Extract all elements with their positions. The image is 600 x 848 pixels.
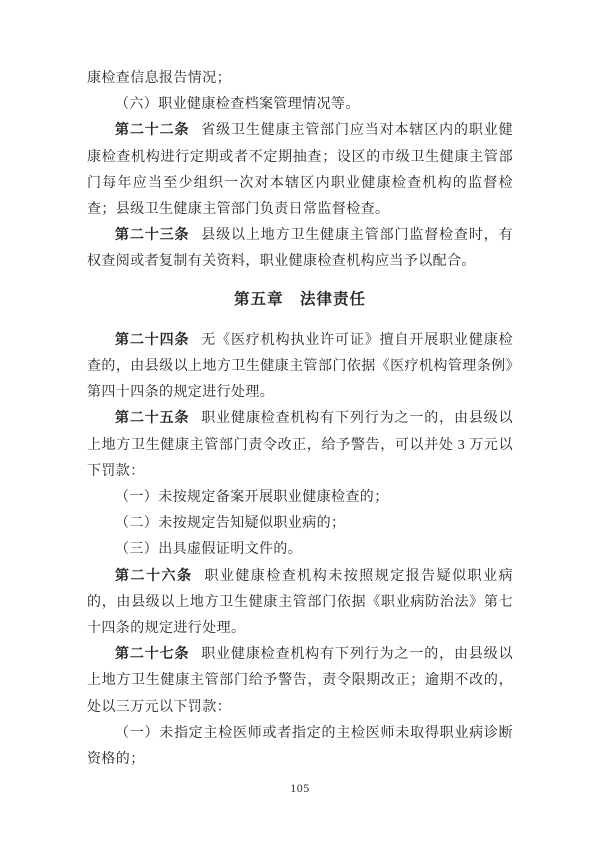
paragraph: 第二十四条无《医疗机构执业许可证》擅自开展职业健康检查的，由县级以上地方卫生健康…: [87, 328, 513, 407]
article-number: 第二十七条: [115, 647, 189, 662]
paragraph: 第二十六条职业健康检查机构未按照规定报告疑似职业病的，由县级以上地方卫生健康主管…: [87, 564, 513, 643]
paragraph: 第二十三条县级以上地方卫生健康主管部门监督检查时，有权查阅或者复制有关资料，职业…: [87, 223, 513, 275]
chapter-heading: 第五章 法律责任: [87, 287, 513, 313]
article-number: 第二十五条: [115, 411, 189, 426]
document-page: 康检查信息报告情况；（六）职业健康检查档案管理情况等。第二十二条省级卫生健康主管…: [0, 0, 600, 848]
article-number: 第二十六条: [115, 569, 192, 584]
document-body: 康检查信息报告情况；（六）职业健康检查档案管理情况等。第二十二条省级卫生健康主管…: [87, 66, 513, 773]
article-number: 第二十三条: [115, 228, 189, 243]
article-number: 第二十四条: [115, 333, 189, 348]
paragraph: 第二十七条职业健康检查机构有下列行为之一的，由县级以上地方卫生健康主管部门给予警…: [87, 642, 513, 721]
paragraph: （六）职业健康检查档案管理情况等。: [87, 92, 513, 118]
paragraph: 第二十二条省级卫生健康主管部门应当对本辖区内的职业健康检查机构进行定期或者不定期…: [87, 118, 513, 223]
paragraph-continuation: 康检查信息报告情况；: [87, 66, 513, 92]
page-number: 105: [0, 781, 600, 796]
paragraph: 第二十五条职业健康检查机构有下列行为之一的，由县级以上地方卫生健康主管部门责令改…: [87, 406, 513, 485]
paragraph: （三）出具虚假证明文件的。: [87, 537, 513, 563]
paragraph: （一）未按规定备案开展职业健康检查的；: [87, 485, 513, 511]
paragraph: （一）未指定主检医师或者指定的主检医师未取得职业病诊断资格的；: [87, 721, 513, 773]
paragraph: （二）未按规定告知疑似职业病的；: [87, 511, 513, 537]
article-number: 第二十二条: [115, 123, 189, 138]
